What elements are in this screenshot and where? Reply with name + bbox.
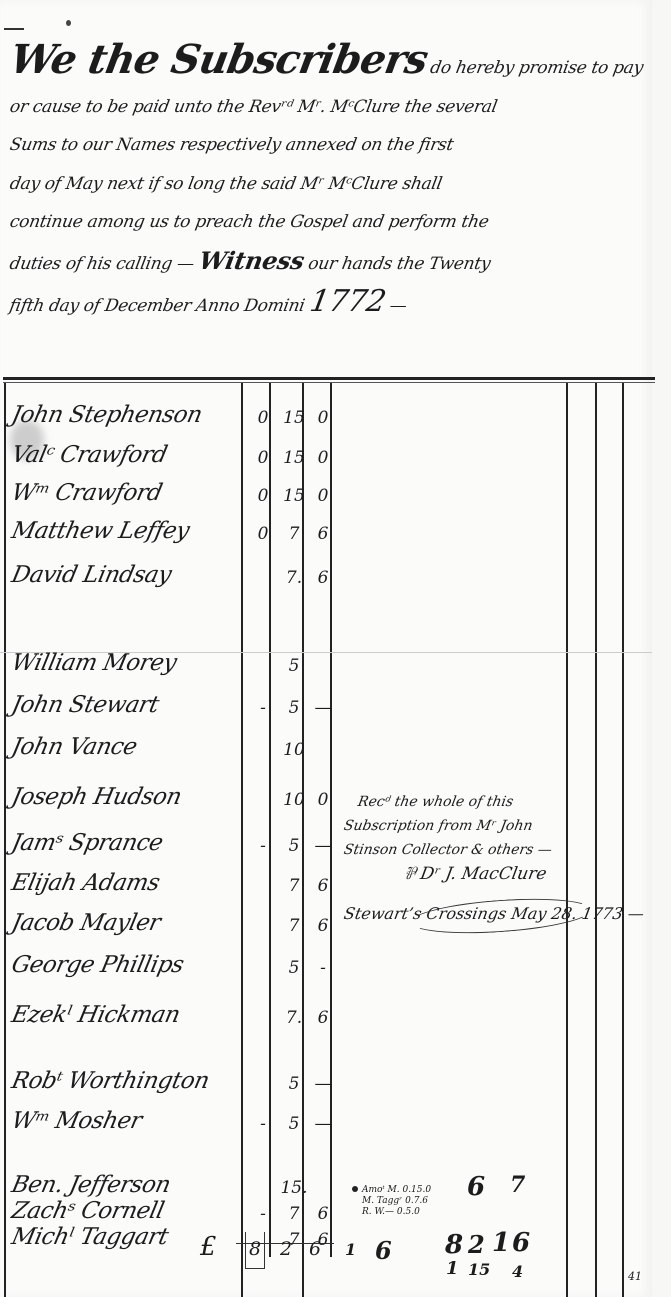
preamble-line-5: continue among us to preach the Gospel a… <box>7 203 654 242</box>
receipt-line-3: Stinson Collector & others — <box>342 838 636 862</box>
ledger-row: Elijah Adams 7 6 <box>8 866 333 906</box>
receipt-signature: ⅌ Dʳ J. MacClure <box>342 862 636 886</box>
witness-word: Witness <box>197 246 307 275</box>
tally-figure: 4 <box>512 1262 523 1281</box>
ledger-top-rule-thin <box>3 382 655 383</box>
ledger-row: John Vance 10 <box>8 730 333 770</box>
ledger-left-rule <box>4 383 6 1297</box>
preamble-line-4: day of May next if so long the said Mʳ M… <box>7 165 654 204</box>
ledger-row: John Stewart - 5 — <box>8 688 333 728</box>
tally-figure: 1 <box>492 1228 510 1258</box>
ledger-row: Ezekˡ Hickman 7. 6 <box>8 998 333 1038</box>
ledger-row: William Morey 5 <box>8 646 333 686</box>
ledger-total-row: £ 8 2 6 <box>0 1232 340 1272</box>
tally-figure: 15 <box>468 1260 490 1279</box>
tally-figure: 6 <box>512 1228 530 1258</box>
preamble-line-1: We the Subscribers do hereby promise to … <box>6 40 654 88</box>
ledger-row: Wᵐ Mosher - 5 — <box>8 1104 333 1144</box>
total-pounds: 8 <box>245 1238 265 1260</box>
ink-spot <box>66 20 71 26</box>
preamble-line-2: or cause to be paid unto the Revʳᵈ Mʳ. M… <box>7 88 654 127</box>
ink-dot-icon <box>352 1186 358 1192</box>
ledger-row: Matthew Leffey 0 7 6 <box>8 514 333 554</box>
tally-figure: 1 <box>345 1240 356 1259</box>
ledger-row: Jacob Mayler 7 6 <box>8 906 333 946</box>
margin-dash <box>4 28 24 30</box>
tally-figure: 6 <box>467 1172 485 1202</box>
receipt-line-1: Recᵈ the whole of this <box>342 790 636 814</box>
subscription-preamble: We the Subscribers do hereby promise to … <box>10 40 650 326</box>
document-page: We the Subscribers do hereby promise to … <box>0 0 652 1297</box>
ledger-row: Robᵗ Worthington 5 — <box>8 1064 333 1104</box>
ledger-row: Valᶜ Crawford 0 15 0 <box>8 438 333 478</box>
total-shillings: 2 <box>272 1238 300 1260</box>
tally-figure: 8 <box>445 1230 463 1260</box>
tally-figure: 6 <box>375 1236 392 1265</box>
pound-sign: £ <box>200 1232 217 1262</box>
preamble-line-3: Sums to our Names respectively annexed o… <box>7 126 654 165</box>
ledger-row: David Lindsay 7. 6 <box>8 558 333 598</box>
preamble-line-6: duties of his calling — Witness our hand… <box>6 242 653 284</box>
heading-we-the-subscribers: We the Subscribers <box>7 36 431 83</box>
margin-calculation: Amoᵗ M. 0.15.0 M. Taggʳ 0.7.6 R. W.— 0.5… <box>352 1185 431 1218</box>
ledger-top-rule <box>3 377 655 380</box>
tally-figure: 2 <box>468 1230 485 1259</box>
year: 1772 <box>307 284 388 319</box>
total-pence: 6 <box>304 1238 326 1260</box>
tally-figure: 1 <box>446 1258 459 1279</box>
page-number: 41 <box>628 1270 642 1283</box>
ledger-row: John Stephenson 0 15 0 <box>8 398 333 438</box>
ledger-row: George Phillips 5 - <box>8 948 333 988</box>
preamble-line-7: fifth day of December Anno Domini 1772 — <box>6 283 653 326</box>
ledger-row: Joseph Hudson 10 0 <box>8 780 333 820</box>
tally-figure: 7 <box>510 1172 525 1198</box>
receipt-line-2: Subscription from Mʳ John <box>342 814 636 838</box>
ledger-row: Wᵐ Crawford 0 15 0 <box>8 476 333 516</box>
ledger-row: Jamˢ Sprance - 5 — <box>8 826 333 866</box>
